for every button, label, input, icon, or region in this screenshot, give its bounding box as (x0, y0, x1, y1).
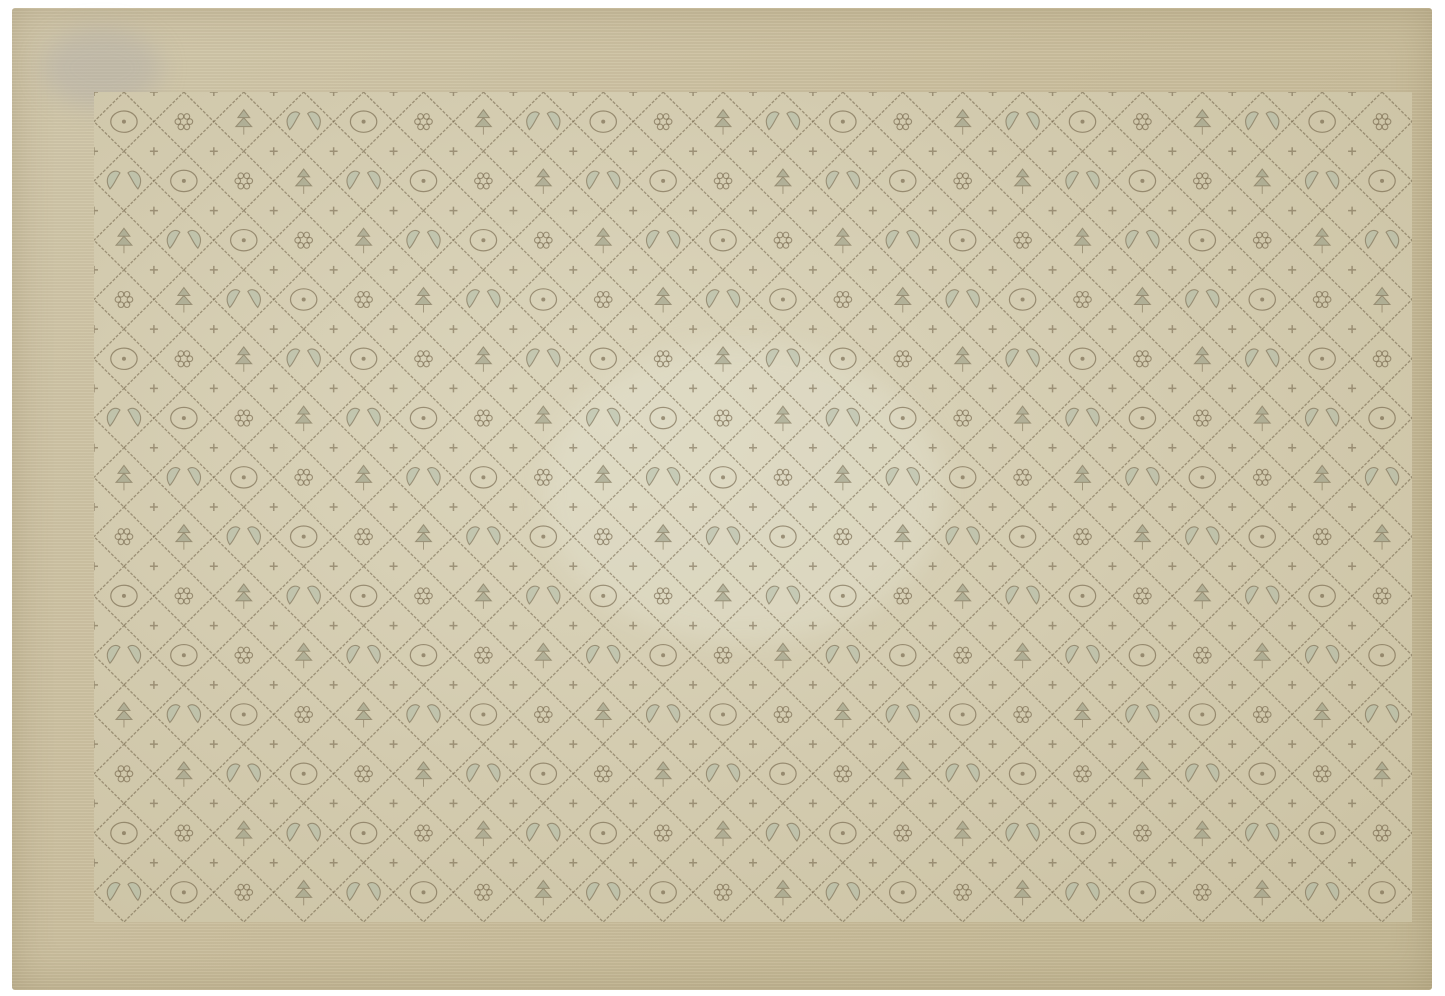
rug-field (94, 92, 1412, 922)
lattice-pattern (94, 92, 1412, 922)
rug (12, 8, 1432, 990)
